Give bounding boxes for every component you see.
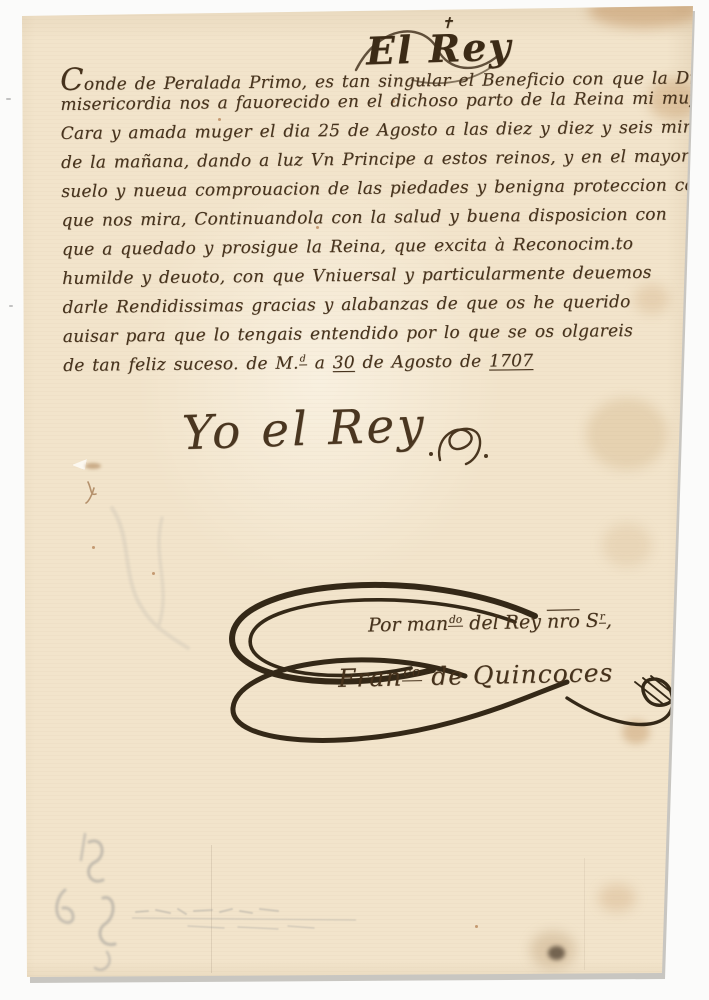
closing-text: a [307, 353, 333, 373]
royal-signature: Yo el Rey [181, 398, 428, 462]
superscript-co: co [402, 664, 422, 681]
fleck [475, 925, 478, 928]
closing-text: de Agosto de [355, 352, 489, 373]
paper-flaw-smudge [85, 463, 101, 469]
closing-day: 30 [333, 353, 355, 373]
stain [548, 946, 565, 960]
superscript-d: d [299, 354, 307, 366]
secretary-signature: Franco de Quincoces [338, 658, 614, 693]
stain [588, 0, 700, 28]
backdrop-speck [9, 305, 13, 307]
signature-text: Fran [338, 663, 403, 693]
manuscript-photo: ✝ El Rey Conde de Peralada Primo, es tan… [0, 0, 709, 1000]
closing-year: 1707 [489, 351, 533, 371]
stain [586, 398, 668, 470]
stain [598, 884, 636, 912]
order-text: Por man [368, 613, 449, 637]
order-text: S [580, 610, 600, 632]
closing-text: de tan feliz suceso. de M. [63, 354, 299, 376]
letter-body: Conde de Peralada Primo, es tan singular… [60, 60, 663, 385]
backdrop-speck [6, 98, 11, 100]
order-text: del Rey [463, 611, 547, 635]
superscript-do: do [448, 613, 463, 626]
bleed-through-faint [92, 498, 222, 668]
abbrev-nro: nro [547, 610, 580, 633]
stain [602, 523, 652, 567]
crease [584, 858, 585, 970]
order-text: , [606, 609, 613, 631]
paper-sheet: ✝ El Rey Conde de Peralada Primo, es tan… [0, 0, 709, 1000]
royal-paraph [424, 414, 494, 476]
body-closing-line: de tan feliz suceso. de M.d a 30 de Agos… [63, 350, 663, 385]
signature-text: de Quincoces [422, 658, 614, 691]
pencil-inscription [128, 902, 378, 936]
